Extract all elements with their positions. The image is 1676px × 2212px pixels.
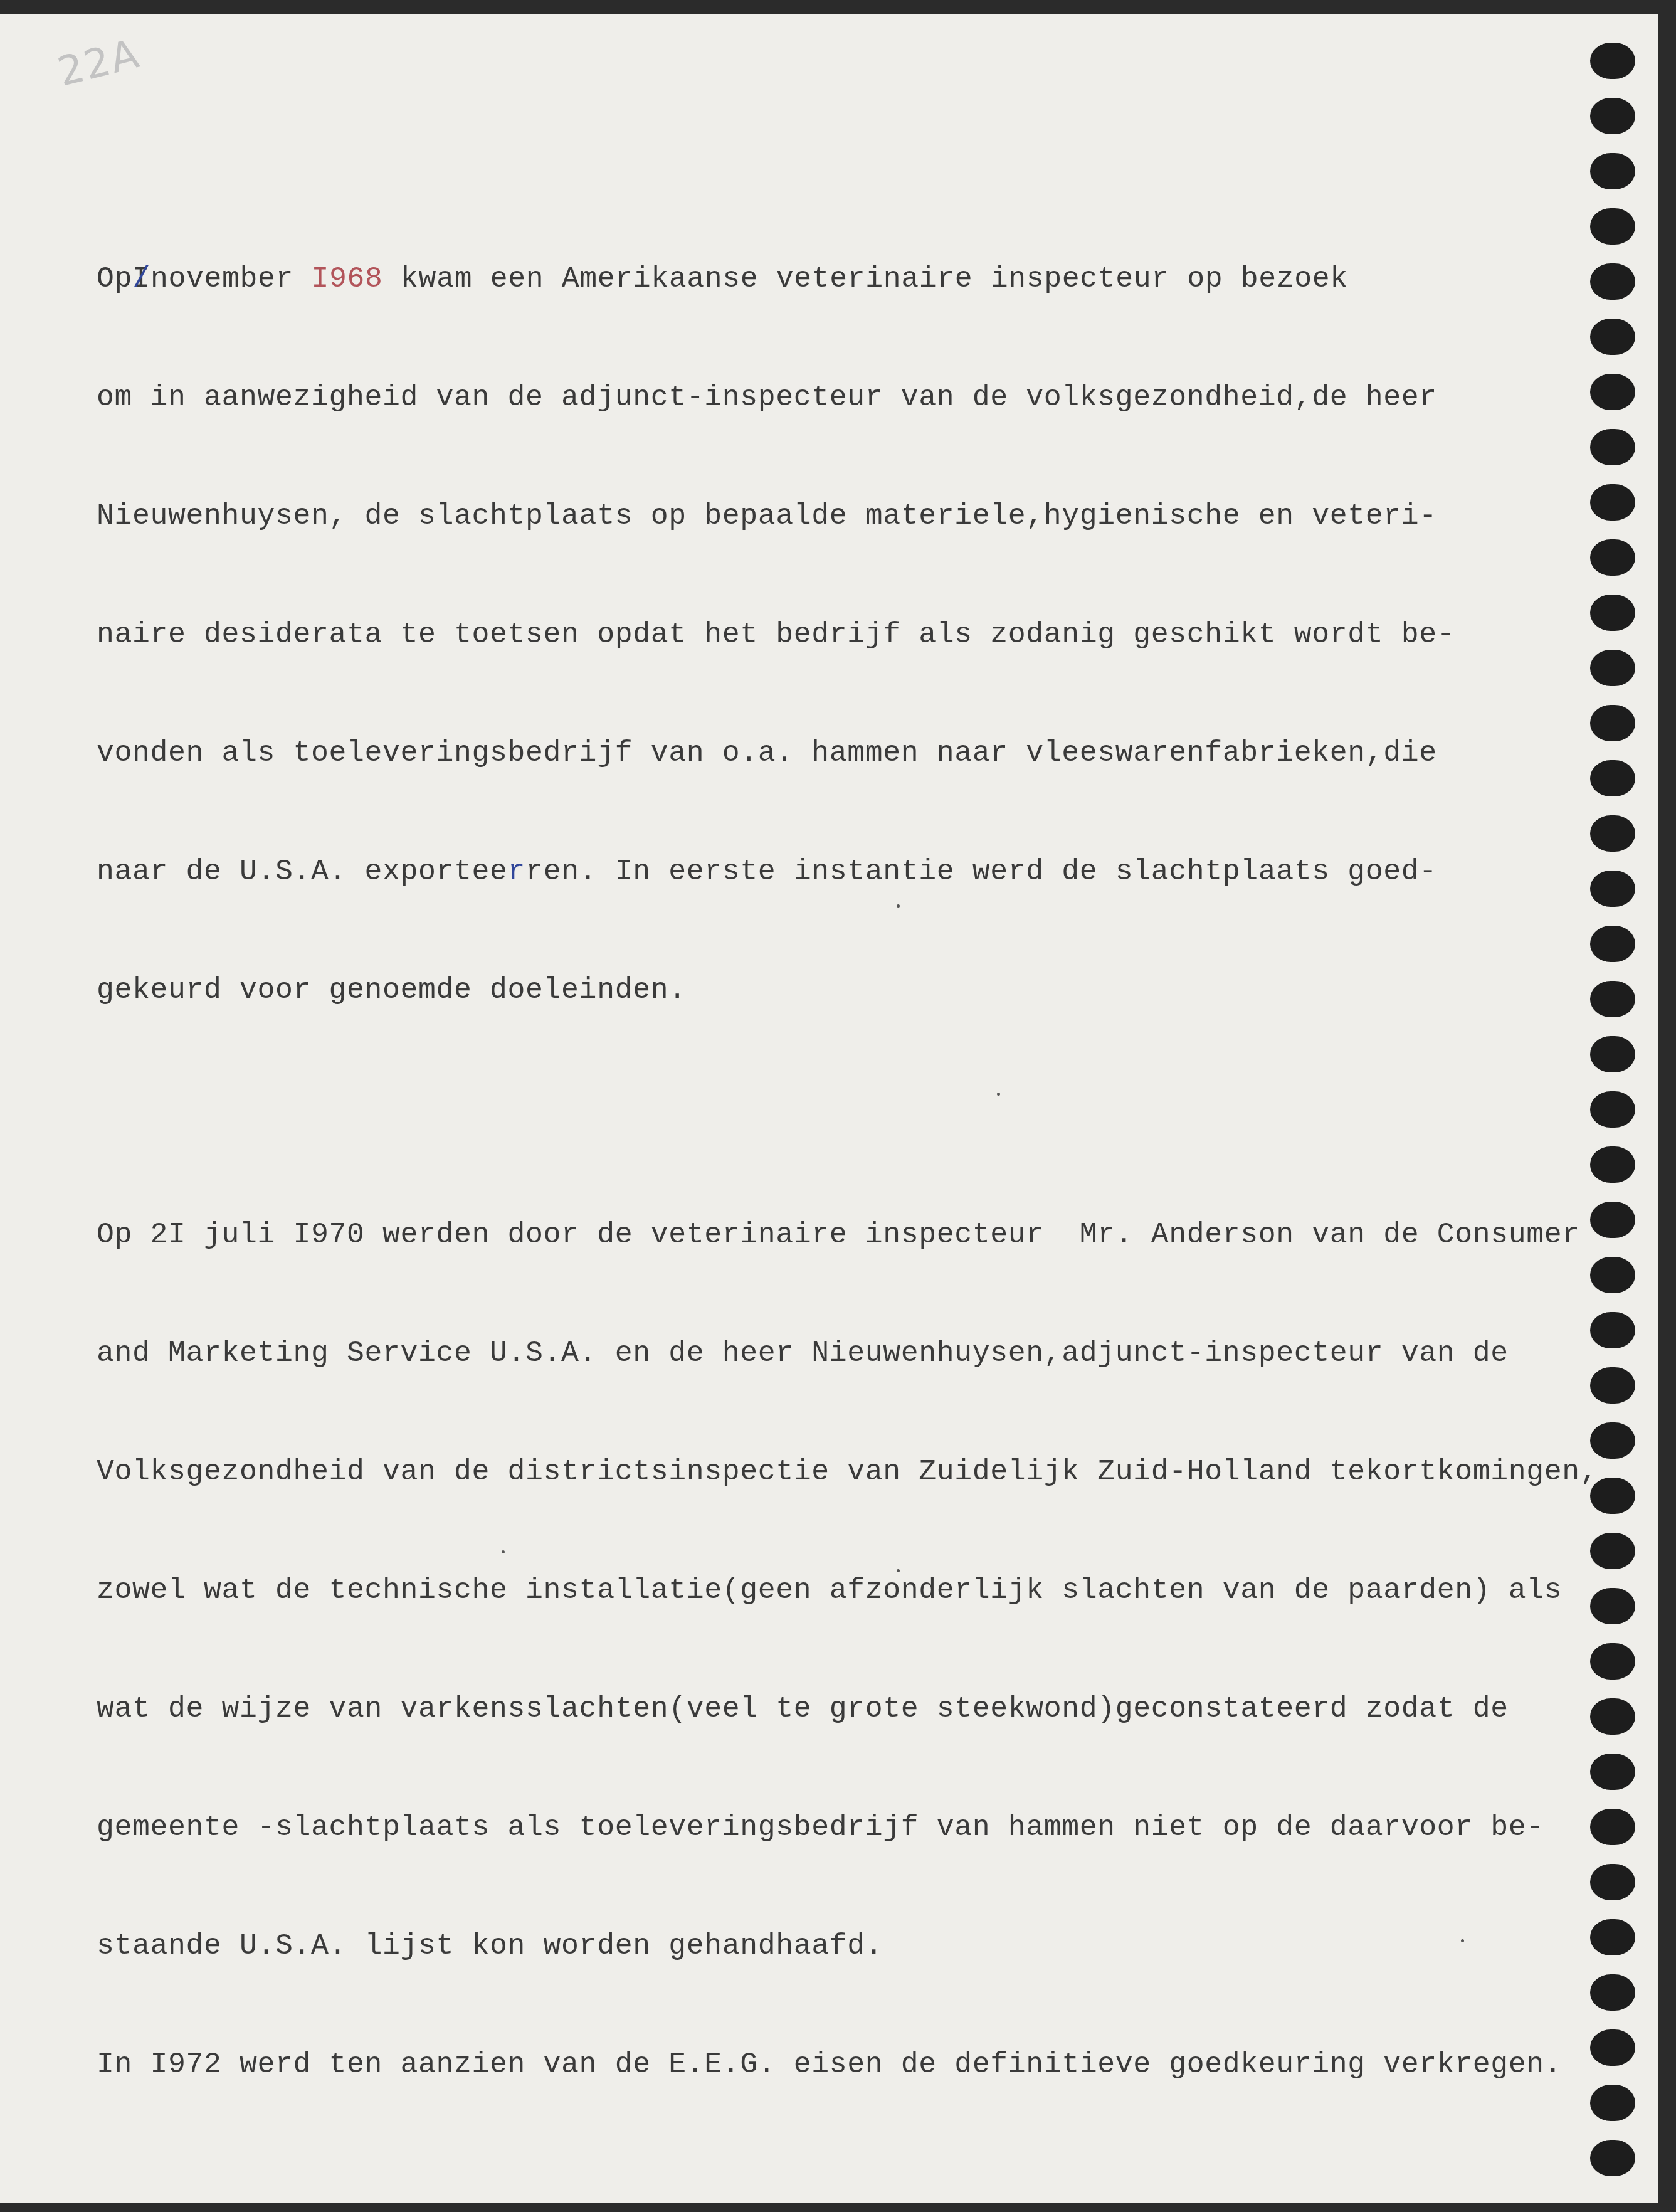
punch-hole: [1590, 484, 1635, 521]
punch-hole: [1590, 1036, 1635, 1072]
punch-hole: [1590, 2029, 1635, 2066]
page-number-annotation: 22A: [53, 31, 144, 96]
punch-hole: [1590, 208, 1635, 245]
speck: [897, 1569, 900, 1572]
punch-hole: [1590, 1698, 1635, 1735]
punch-hole: [1590, 1257, 1635, 1293]
punch-hole: [1590, 43, 1635, 79]
punch-hole: [1590, 1533, 1635, 1569]
text-line: Volksgezondheid van de districtsinspecti…: [97, 1452, 1557, 1491]
punch-hole: [1590, 1974, 1635, 2011]
punch-hole: [1590, 539, 1635, 576]
punch-hole: [1590, 760, 1635, 796]
text-line: vonden als toeleveringsbedrijf van o.a. …: [97, 733, 1557, 773]
punch-hole: [1590, 1422, 1635, 1459]
punch-hole: [1590, 1202, 1635, 1238]
punch-hole: [1590, 1643, 1635, 1680]
text-line: and Marketing Service U.S.A. en de heer …: [97, 1333, 1557, 1373]
punch-hole: [1590, 650, 1635, 686]
text-line: gekeurd voor genoemde doeleinden.: [97, 970, 1557, 1010]
punch-hole: [1590, 1754, 1635, 1790]
text-line: zowel wat de technische installatie(geen…: [97, 1570, 1557, 1610]
red-year: I968: [312, 262, 383, 295]
text-line: gemeente -slachtplaats als toeleveringsb…: [97, 1807, 1557, 1847]
punch-hole: [1590, 926, 1635, 962]
punch-hole: [1590, 1312, 1635, 1348]
text-line: naire desiderata te toetsen opdat het be…: [97, 615, 1557, 654]
text-line: In I972 werd ten aanzien van de E.E.G. e…: [97, 2045, 1557, 2084]
binder-punch-holes: [1590, 0, 1640, 2212]
punch-hole: [1590, 429, 1635, 465]
punch-hole: [1590, 2140, 1635, 2176]
text-line: OpI/november I968 kwam een Amerikaanse v…: [97, 259, 1557, 299]
speck: [997, 1093, 1000, 1096]
punch-hole: [1590, 705, 1635, 741]
punch-hole: [1590, 1809, 1635, 1845]
text-line: Nieuwenhuysen, de slachtplaats op bepaal…: [97, 496, 1557, 536]
punch-hole: [1590, 871, 1635, 907]
text-line: staande U.S.A. lijst kon worden gehandha…: [97, 1926, 1557, 1966]
punch-hole: [1590, 1367, 1635, 1404]
punch-hole: [1590, 263, 1635, 300]
speck: [1461, 1939, 1464, 1942]
pen-correction-mark: r: [508, 855, 526, 888]
punch-hole: [1590, 1478, 1635, 1514]
typewritten-text: OpI/november I968 kwam een Amerikaanse v…: [97, 140, 1557, 2163]
punch-hole: [1590, 374, 1635, 410]
text-line: Op 2I juli I970 werden door de veterinai…: [97, 1215, 1557, 1254]
punch-hole: [1590, 2085, 1635, 2121]
punch-hole: [1590, 1588, 1635, 1624]
punch-hole: [1590, 1146, 1635, 1183]
document-page: 22A OpI/november I968 kwam een Amerikaan…: [0, 14, 1658, 2203]
speck: [897, 904, 900, 908]
punch-hole: [1590, 1864, 1635, 1900]
punch-hole: [1590, 981, 1635, 1017]
speck: [502, 1550, 505, 1553]
text-line: om in aanwezigheid van de adjunct-inspec…: [97, 378, 1557, 417]
punch-hole: [1590, 1091, 1635, 1128]
punch-hole: [1590, 815, 1635, 852]
punch-hole: [1590, 319, 1635, 355]
punch-hole: [1590, 153, 1635, 189]
text-line: naar de U.S.A. exporteerren. In eerste i…: [97, 852, 1557, 891]
punch-hole: [1590, 595, 1635, 631]
pen-correction-mark: /: [133, 262, 151, 295]
punch-hole: [1590, 98, 1635, 134]
text-line: wat de wijze van varkensslachten(veel te…: [97, 1689, 1557, 1728]
punch-hole: [1590, 1919, 1635, 1955]
